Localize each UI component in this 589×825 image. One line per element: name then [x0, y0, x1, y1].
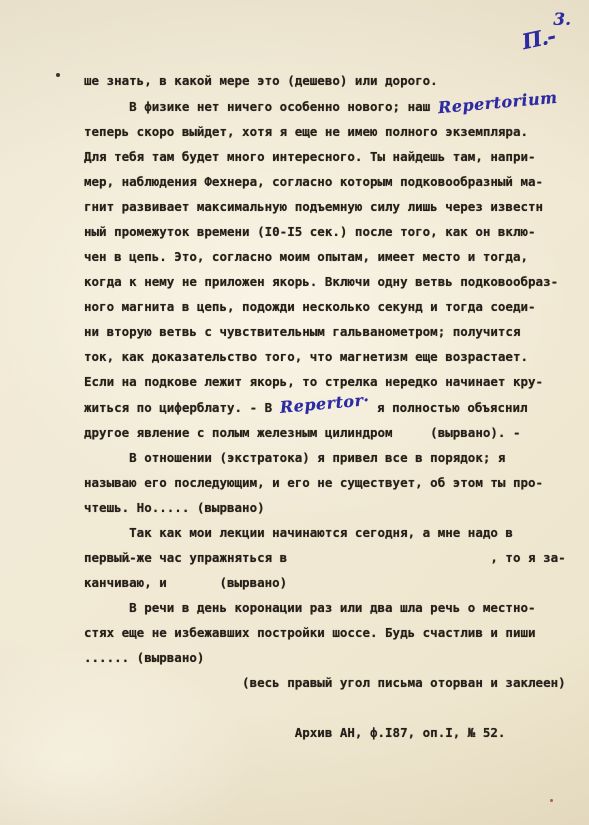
typed-line: ...... (вырвано): [84, 645, 579, 670]
scanned-letter-page: 3. П.- ше знать, в какой мере это (дешев…: [0, 0, 589, 825]
typed-text: канчиваю, и (вырвано): [84, 575, 287, 590]
typed-text: называю его последующим, и его не сущест…: [84, 475, 543, 490]
typed-line: чтешь. Но..... (вырвано): [84, 495, 579, 520]
typed-text: ...... (вырвано): [84, 650, 204, 665]
paper-speck: [56, 73, 60, 77]
typed-line: мер, наблюдения Фехнера, согласно которы…: [84, 169, 579, 194]
paper-speck: [128, 560, 130, 562]
typed-line: ный промежуток времени (I0-I5 сек.) посл…: [84, 219, 579, 244]
typed-line: гнит развивает максимальную подъемную си…: [84, 194, 579, 219]
typed-line: [84, 695, 579, 720]
typed-line: В речи в день коронации раз или два шла …: [84, 595, 579, 620]
typed-line: В отношении (экстратока) я привел все в …: [84, 445, 579, 470]
typed-text: чтешь. Но..... (вырвано): [84, 500, 265, 515]
typed-text: ток, как доказательство того, что магнет…: [84, 349, 528, 364]
typed-text: ни вторую ветвь с чувствительным гальван…: [84, 324, 521, 339]
typed-line: ток, как доказательство того, что магнет…: [84, 344, 579, 369]
typed-text: Так как мои лекции начинаются сегодня, а…: [84, 525, 513, 540]
typed-line: Для тебя там будет много интересного. Ты…: [84, 144, 579, 169]
typed-text: Если на подкове лежит якорь, то стрелка …: [84, 374, 543, 389]
typed-text: я полностью объяснил: [370, 400, 528, 415]
typed-line: В физике нет ничего особенно нового; наш…: [84, 93, 579, 119]
typed-line: первый-же час упражняться в , то я за-: [84, 545, 579, 570]
torn-corner-note: (весь правый угол письма оторван и закле…: [84, 670, 579, 695]
handwritten-corner-annotation: 3. П.-: [503, 10, 573, 60]
typed-line: стях еще не избежавших постройки шоссе. …: [84, 620, 579, 645]
typed-text: В физике нет ничего особенно нового; наш: [84, 99, 438, 114]
typed-line: теперь скоро выйдет, хотя я еще не имею …: [84, 119, 579, 144]
typed-text: В речи в день коронации раз или два шла …: [84, 600, 536, 615]
typed-text: Для тебя там будет много интересного. Ты…: [84, 149, 536, 164]
typed-text: ного магнита в цепь, подожди несколько с…: [84, 299, 536, 314]
typed-line: когда к нему не приложен якорь. Включи о…: [84, 269, 579, 294]
typed-text: Архив АН, ф.I87, оп.I, № 52.: [84, 725, 505, 740]
typed-line: канчиваю, и (вырвано): [84, 570, 579, 595]
typed-text: гнит развивает максимальную подъемную си…: [84, 199, 543, 214]
paper-speck: [550, 799, 553, 802]
typed-text: (весь правый угол письма оторван и закле…: [84, 675, 566, 690]
typed-text: ный промежуток времени (I0-I5 сек.) посл…: [84, 224, 536, 239]
typed-line: другое явление с полым железным цилиндро…: [84, 420, 579, 445]
typed-text: теперь скоро выйдет, хотя я еще не имею …: [84, 124, 528, 139]
typed-text: первый-же час упражняться в , то я за-: [84, 550, 566, 565]
typed-line: Так как мои лекции начинаются сегодня, а…: [84, 520, 579, 545]
typed-text: другое явление с полым железным цилиндро…: [84, 425, 521, 440]
typed-text: ше знать, в какой мере это (дешево) или …: [84, 73, 438, 88]
handwritten-initial-mark: П.-: [520, 23, 557, 54]
typed-line: ни вторую ветвь с чувствительным гальван…: [84, 319, 579, 344]
typed-text: житься по циферблату. - В: [84, 400, 280, 415]
typed-line: ного магнита в цепь, подожди несколько с…: [84, 294, 579, 319]
typed-text: В отношении (экстратока) я привел все в …: [84, 450, 505, 465]
letter-body: ше знать, в какой мере это (дешево) или …: [84, 68, 579, 745]
typed-text: когда к нему не приложен якорь. Включи о…: [84, 274, 558, 289]
typed-text: чен в цепь. Это, согласно моим опытам, и…: [84, 249, 528, 264]
typed-text: мер, наблюдения Фехнера, согласно которы…: [84, 174, 543, 189]
archive-reference: Архив АН, ф.I87, оп.I, № 52.: [84, 720, 579, 745]
typed-line: называю его последующим, и его не сущест…: [84, 470, 579, 495]
typed-text: стях еще не избежавших постройки шоссе. …: [84, 625, 536, 640]
typed-line: житься по циферблату. - В Repertor· я по…: [84, 394, 579, 420]
handwritten-page-number: 3.: [553, 10, 571, 30]
typed-line: чен в цепь. Это, согласно моим опытам, и…: [84, 244, 579, 269]
